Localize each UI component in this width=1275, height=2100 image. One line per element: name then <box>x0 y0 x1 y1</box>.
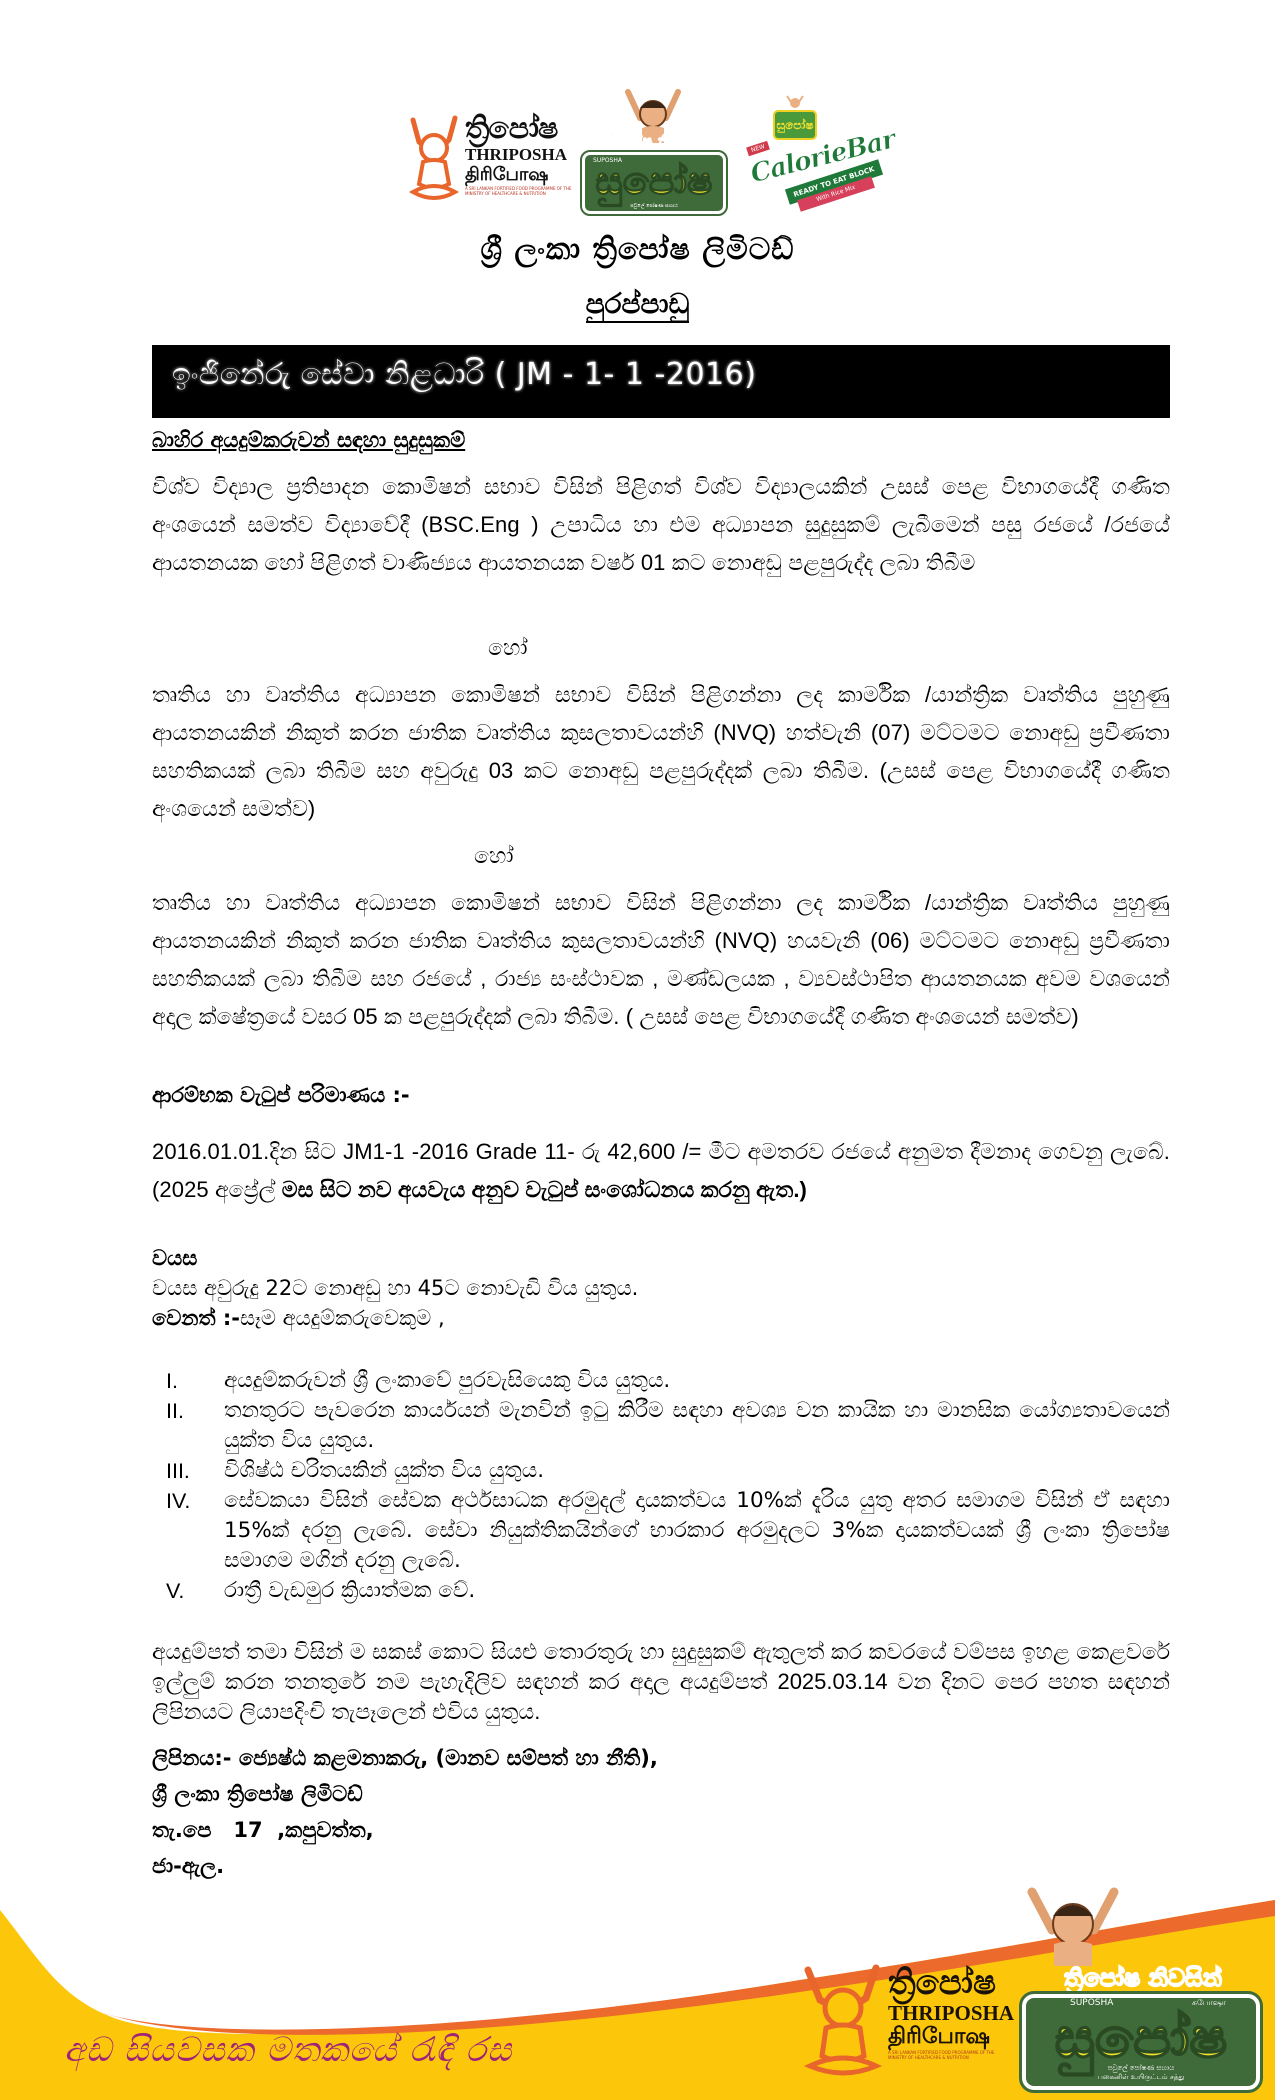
suposha-big-text: සුපෝෂ <box>585 161 723 201</box>
footer-suposha-top-text: ත්‍රිපෝෂ නිවසින් <box>1028 1964 1258 1992</box>
salary-text-bold: මස සිට නව අයවැය අනුව වැටුප් සංශෝධනය කරනු… <box>282 1177 807 1202</box>
condition-text: තනතුරට පැවරෙන කාර්යයන් මැනවින් ඉටු කිරීම… <box>224 1398 1170 1453</box>
age-text: වයස අවුරුදු 22ට නොඅඩු හා 45ට නොවැඩි විය … <box>152 1273 1170 1303</box>
condition-text: සේවකයා විසින් සේවක අර්ථසාධක අරමුදල් දායක… <box>224 1488 1170 1573</box>
footer-thriposha-sinhala: ත්‍රිපෝෂ <box>888 1964 1014 2002</box>
address-line-2: ශ්‍රී ලංකා ත්‍රිපෝෂ ලිමිටඩ් <box>152 1776 952 1812</box>
salary-text: 2016.01.01.දින සිට JM1-1 -2016 Grade 11-… <box>152 1133 1170 1209</box>
position-banner: ඉංජිනේරු සේවා නිළධාරි ( JM - 1- 1 -2016) <box>152 345 1170 418</box>
suposha-top-text: ත්‍රිපෝෂ නිවසින් <box>588 132 720 150</box>
organization-title: ශ්‍රී ලංකා ත්‍රිපෝෂ ලිමිටඩ් <box>0 232 1275 267</box>
footer-thriposha-tagline: A SRI LANKAN FORTIFIED FOOD PROGRAMME OF… <box>888 2050 1008 2060</box>
condition-number: IV. <box>166 1486 210 1516</box>
age-section: වයස වයස අවුරුදු 22ට නොඅඩු හා 45ට නොවැඩි … <box>152 1243 1170 1333</box>
footer-suposha-big-text: සුපෝෂ <box>1026 2010 1256 2068</box>
condition-number: II. <box>166 1396 210 1426</box>
calorie-bar-mini-badge: සුපෝෂ <box>773 110 817 140</box>
address-line-4: ජා-ඇල. <box>152 1848 952 1884</box>
condition-item: V.රාත්‍රී වැඩමුර ක්‍රියාත්මක වේ. <box>152 1576 1170 1606</box>
calorie-bar-new-badge: NEW <box>746 141 770 156</box>
condition-number: V. <box>166 1576 210 1606</box>
footer-thriposha-baby-icon <box>800 1960 885 2080</box>
footer-thriposha-english: THRIPOSHA <box>888 2002 1014 2024</box>
age-heading: වයස <box>152 1243 1170 1273</box>
condition-item: I.අයදුම්කරුවන් ශ්‍රී ලංකාවේ පුරවැසියෙකු … <box>152 1366 1170 1396</box>
condition-item: IV.සේවකයා විසින් සේවක අර්ථසාධක අරමුදල් ද… <box>152 1486 1170 1576</box>
condition-number: III. <box>166 1456 210 1486</box>
vacancies-label: පුරප්පාඩු <box>0 287 1275 321</box>
calorie-bar-logo: සුපෝෂ NEW CalorieBar READY TO EAT BLOCK … <box>745 94 885 214</box>
footer-suposha-boy-icon <box>1018 1886 1128 1966</box>
condition-number: I. <box>166 1366 210 1396</box>
thriposha-sinhala-text: ත්‍රිපෝෂ <box>465 112 575 146</box>
condition-item: III.විශිෂ්ඨ චරිතයකින් යුක්ත විය යුතුය. <box>152 1456 1170 1486</box>
footer-banner: අඩ සියවසක මතකයේ රැඳි රස ත්‍රිපෝෂ THRIPOS… <box>0 1880 1275 2100</box>
footer-slogan: අඩ සියවසක මතකයේ රැඳි රස <box>64 2030 513 2070</box>
suposha-logo: ත්‍රිපෝෂ නිවසින් SUPOSHA සුපෝෂ පවුලේ පෝෂ… <box>578 88 730 216</box>
thriposha-english-text: THRIPOSHA <box>465 146 575 164</box>
qualification-option-3: තෘතිය හා වෘත්තිය අධ්‍යාපන කොමිෂන් සභාව ව… <box>152 884 1170 1036</box>
qualification-option-2: තෘතිය හා වෘත්තිය අධ්‍යාපන කොමිෂන් සභාව ව… <box>152 676 1170 828</box>
thriposha-tamil-text: திரிபோஷ <box>465 164 575 186</box>
header-logos: ත්‍රිපෝෂ THRIPOSHA திரிபோஷ A SRI LANKAN … <box>0 88 1275 223</box>
condition-text: විශිෂ්ඨ චරිතයකින් යුක්ත විය යුතුය. <box>224 1458 544 1483</box>
or-separator-1: හෝ <box>488 635 548 661</box>
footer-thriposha-tamil: திரிபோஷ <box>888 2024 1014 2050</box>
address-line-3: තැ.පෙ 17 ,කපුවත්ත, <box>152 1812 952 1848</box>
footer-suposha-logo: ත්‍රිපෝෂ නිවසින් SUPOSHA சுபோஷா සුපෝෂ පව… <box>1018 1886 1268 2096</box>
postal-address: ලිපිනය:- ජ්‍යෙෂ්ඨ කළමනාකරු, (මානව සම්පත්… <box>152 1740 952 1884</box>
qualification-option-1: විශ්ව විද්‍යාල ප්‍රතිපාදන කොමිෂන් සභාව ව… <box>152 468 1170 582</box>
position-title: ඉංජිනේරු සේවා නිළධාරි ( JM - 1- 1 -2016) <box>172 357 756 392</box>
thriposha-tagline: A SRI LANKAN FORTIFIED FOOD PROGRAMME OF… <box>465 186 575 196</box>
condition-item: II.තනතුරට පැවරෙන කාර්යයන් මැනවින් ඉටු කි… <box>152 1396 1170 1456</box>
application-instructions: අයදුම්පත් තමා විසින් ම සකස් කොට සියළු තො… <box>152 1637 1170 1727</box>
footer-thriposha-logo: ත්‍රිපෝෂ THRIPOSHA திரிபோஷ A SRI LANKAN … <box>800 1960 1010 2090</box>
other-label: වෙනත් :- <box>152 1306 240 1330</box>
condition-text: අයදුම්කරුවන් ශ්‍රී ලංකාවේ පුරවැසියෙකු වි… <box>224 1368 670 1393</box>
footer-suposha-foot-text: පවුලේ පෝෂණ සහාය பகைனிள் உயிருட்டம் சத்து <box>1026 2064 1256 2082</box>
salary-heading: ආරම්භක වැටුප් පරිමාණය :- <box>152 1083 1170 1108</box>
qualifications-heading: බාහිර අයදුම්කරුවන් සඳහා සුදුසුකම් <box>152 428 1170 453</box>
conditions-list: I.අයදුම්කරුවන් ශ්‍රී ලංකාවේ පුරවැසියෙකු … <box>152 1366 1170 1606</box>
suposha-foot-text: පවුලේ පෝෂණ සහාය <box>585 203 723 209</box>
address-line-1: ලිපිනය:- ජ්‍යෙෂ්ඨ කළමනාකරු, (මානව සම්පත්… <box>152 1740 952 1776</box>
thriposha-baby-icon <box>405 114 463 204</box>
condition-text: රාත්‍රී වැඩමුර ක්‍රියාත්මක වේ. <box>224 1578 475 1603</box>
thriposha-logo: ත්‍රිපෝෂ THRIPOSHA திரிபோஷ A SRI LANKAN … <box>405 110 575 210</box>
suposha-badge: SUPOSHA සුපෝෂ පවුලේ පෝෂණ සහාය <box>582 152 726 214</box>
or-separator-2: හෝ <box>474 843 534 869</box>
other-text: සෑම අයදුම්කරුවෙකුම , <box>240 1306 445 1330</box>
other-line: වෙනත් :-සෑම අයදුම්කරුවෙකුම , <box>152 1303 1170 1333</box>
footer-suposha-badge: SUPOSHA சுபோஷா සුපෝෂ පවුලේ පෝෂණ සහාය பகை… <box>1022 1994 1260 2090</box>
